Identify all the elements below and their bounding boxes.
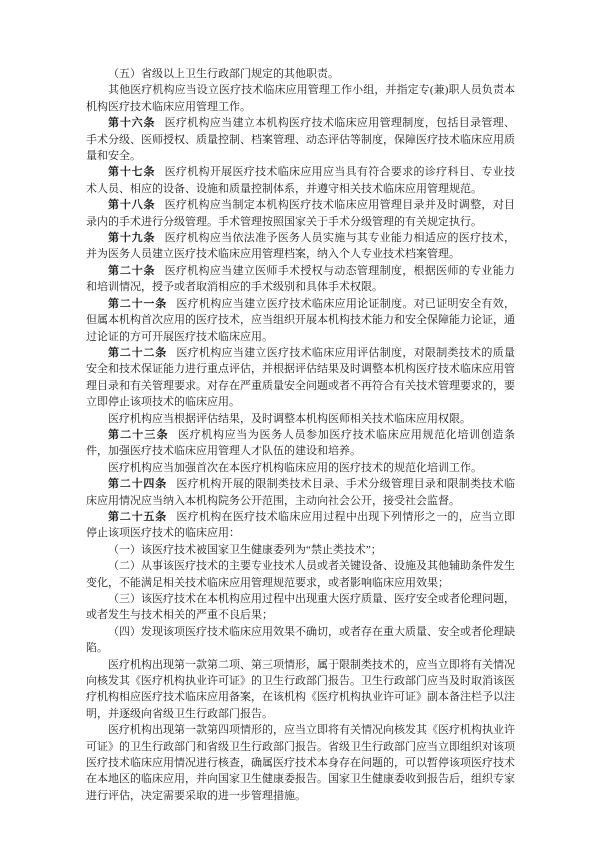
paragraph-text: 医疗机构出现第一款第二项、第三项情形，属于限制类技术的，应当立即将有关情况向核发… <box>86 659 515 720</box>
article-paragraph: 第二十条医疗机构应当建立医师手术授权与动态管理制度，根据医师的专业能力和培训情况… <box>86 263 515 296</box>
document-paragraph: 医疗机构出现第一款第四项情形的，应当立即将有关情况向核发其《医疗机构执业许可证》… <box>86 722 515 804</box>
paragraph-text: 医疗机构应当根据评估结果，及时调整本机构医师相关技术临床应用权限。 <box>108 413 471 425</box>
paragraph-text: （四）发现该项医疗技术临床应用效果不确切，或者存在重大质量、安全或者伦理缺陷。 <box>86 626 515 654</box>
paragraph-text: 医疗机构应当加强首次在本医疗机构临床应用的医疗技术的规范化培训工作。 <box>108 462 482 474</box>
document-page: （五）省级以上卫生行政部门规定的其他职责。其他医疗机构应当设立医疗技术临床应用管… <box>0 0 595 841</box>
article-number: 第十七条 <box>108 166 155 178</box>
article-number: 第二十条 <box>108 265 155 277</box>
document-paragraph: 医疗机构应当加强首次在本医疗机构临床应用的医疗技术的规范化培训工作。 <box>86 460 515 476</box>
article-paragraph: 第十六条医疗机构应当建立本机构医疗技术临床应用管理制度，包括目录管理、手术分级、… <box>86 115 515 164</box>
article-number: 第十六条 <box>108 117 155 129</box>
document-paragraph: （二）从事该医疗技术的主要专业技术人员或者关键设备、设施及其他辅助条件发生变化，… <box>86 558 515 591</box>
article-number: 第二十三条 <box>108 429 169 441</box>
article-number: 第二十一条 <box>108 298 167 310</box>
article-paragraph: 第二十一条医疗机构应当建立医疗技术临床应用论证制度。对已证明安全有效，但属本机构… <box>86 296 515 345</box>
paragraph-text: 其他医疗机构应当设立医疗技术临床应用管理工作小组，并指定专(兼)职人员负责本机构… <box>86 84 515 112</box>
article-paragraph: 第十八条医疗机构应当制定本机构医疗技术临床应用管理目录并及时调整，对目录内的手术… <box>86 197 515 230</box>
paragraph-text: （三）该医疗技术在本机构应用过程中出现重大医疗质量、医疗安全或者伦理问题，或者发… <box>86 593 515 621</box>
article-number: 第十八条 <box>108 199 155 211</box>
article-number: 第二十二条 <box>108 347 167 359</box>
article-paragraph: 第二十四条医疗机构开展的限制类技术目录、手术分级管理目录和限制类技术临床应用情况… <box>86 476 515 509</box>
article-number: 第二十四条 <box>108 478 167 490</box>
article-paragraph: 第二十二条医疗机构应当建立医疗技术临床应用评估制度，对限制类技术的质量安全和技术… <box>86 345 515 411</box>
paragraph-text: （二）从事该医疗技术的主要专业技术人员或者关键设备、设施及其他辅助条件发生变化，… <box>86 560 515 588</box>
article-paragraph: 第二十三条医疗机构应当为医务人员参加医疗技术临床应用规范化培训创造条件，加强医疗… <box>86 427 515 460</box>
article-paragraph: 第十七条医疗机构开展医疗技术临床应用应当具有符合要求的诊疗科目、专业技术人员、相… <box>86 164 515 197</box>
document-body: （五）省级以上卫生行政部门规定的其他职责。其他医疗机构应当设立医疗技术临床应用管… <box>86 66 515 804</box>
article-number: 第十九条 <box>108 232 155 244</box>
document-paragraph: （五）省级以上卫生行政部门规定的其他职责。 <box>86 66 515 82</box>
article-paragraph: 第十九条医疗机构应当依法准予医务人员实施与其专业能力相适应的医疗技术，并为医务人… <box>86 230 515 263</box>
article-number: 第二十五条 <box>108 511 167 523</box>
paragraph-text: 医疗机构出现第一款第四项情形的，应当立即将有关情况向核发其《医疗机构执业许可证》… <box>86 724 515 802</box>
document-paragraph: 医疗机构应当根据评估结果，及时调整本机构医师相关技术临床应用权限。 <box>86 411 515 427</box>
paragraph-text: （一）该医疗技术被国家卫生健康委列为“禁止类技术”； <box>108 544 382 556</box>
article-paragraph: 第二十五条医疗机构在医疗技术临床应用过程中出现下列情形之一的，应当立即停止该项医… <box>86 509 515 542</box>
document-paragraph: 其他医疗机构应当设立医疗技术临床应用管理工作小组，并指定专(兼)职人员负责本机构… <box>86 82 515 115</box>
document-paragraph: （三）该医疗技术在本机构应用过程中出现重大医疗质量、医疗安全或者伦理问题，或者发… <box>86 591 515 624</box>
paragraph-text: （五）省级以上卫生行政部门规定的其他职责。 <box>108 68 339 80</box>
document-paragraph: （一）该医疗技术被国家卫生健康委列为“禁止类技术”； <box>86 542 515 558</box>
document-paragraph: （四）发现该项医疗技术临床应用效果不确切，或者存在重大质量、安全或者伦理缺陷。 <box>86 624 515 657</box>
document-paragraph: 医疗机构出现第一款第二项、第三项情形，属于限制类技术的，应当立即将有关情况向核发… <box>86 657 515 723</box>
